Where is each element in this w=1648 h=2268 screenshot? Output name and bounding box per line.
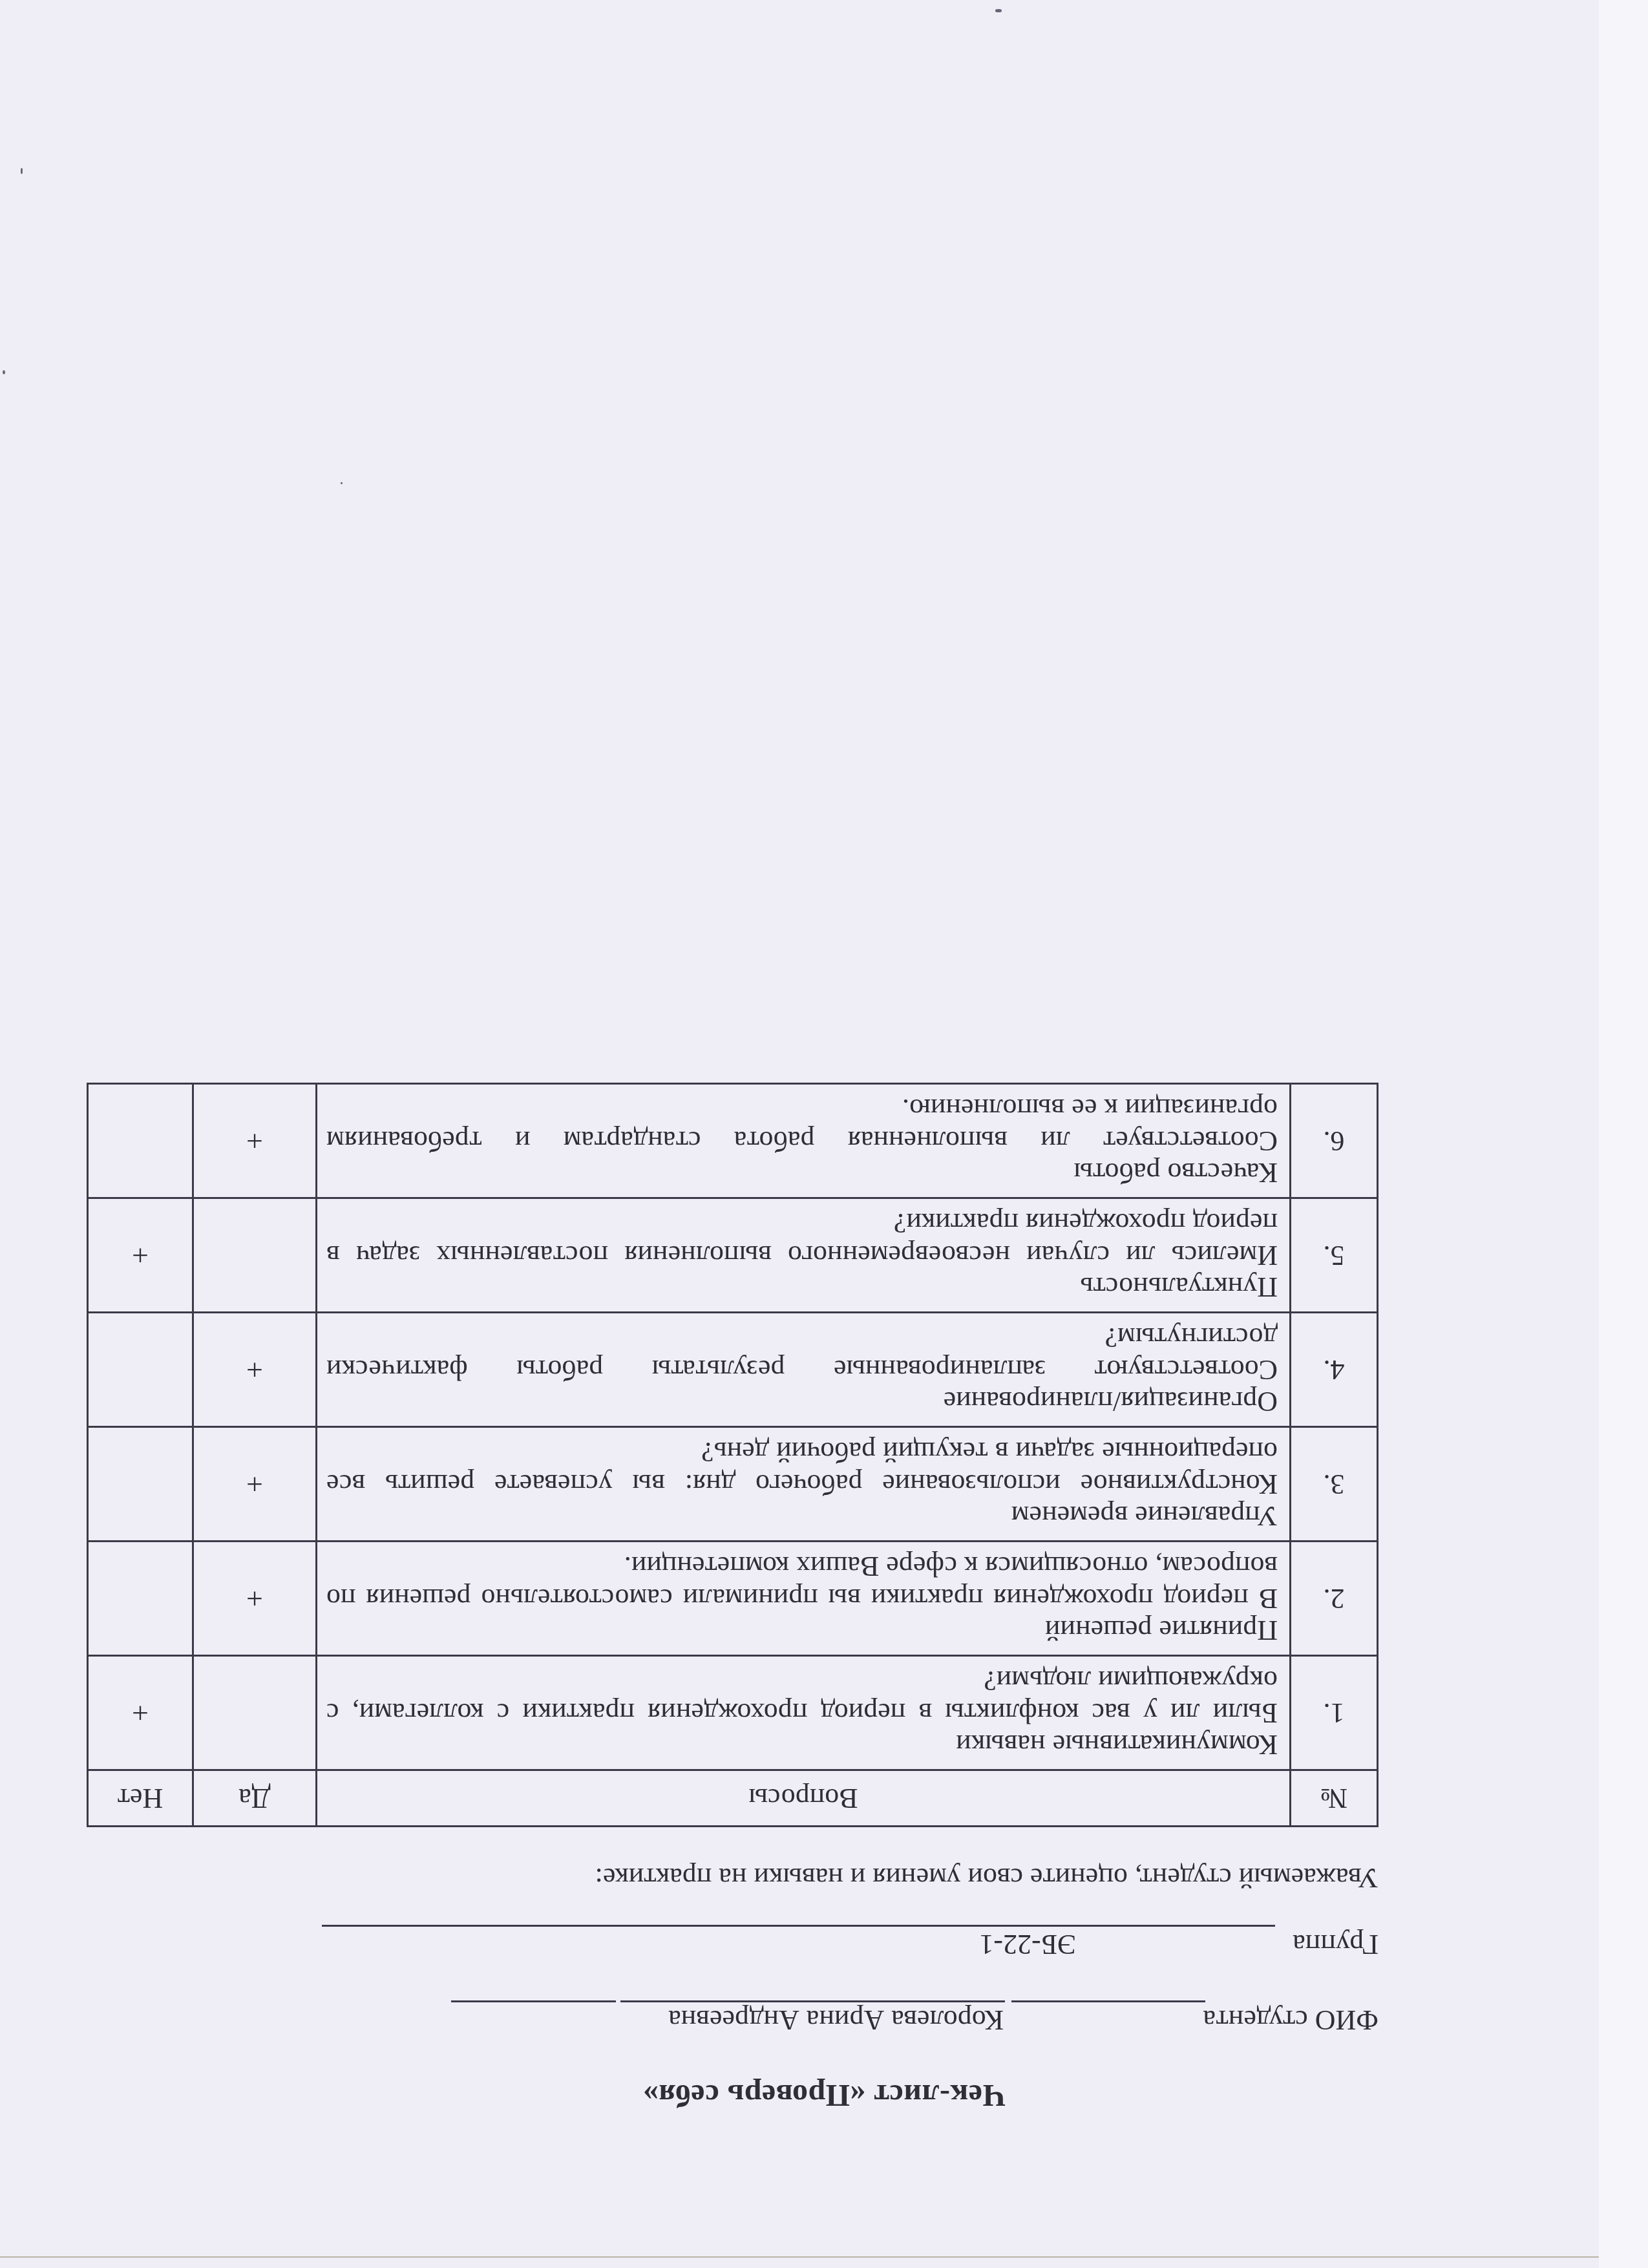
- question-category: Управление временем: [326, 1500, 1278, 1532]
- group-underline: [1117, 1925, 1275, 1927]
- answer-yes-cell[interactable]: +: [193, 1427, 317, 1542]
- answer-yes-cell[interactable]: [193, 1656, 317, 1770]
- header-no: Нет: [88, 1770, 193, 1827]
- question-text: Соответствуют запланированные результаты…: [326, 1322, 1278, 1386]
- question-cell: Управление временем Конструктивное испол…: [317, 1427, 1291, 1542]
- question-category: Принятие решений: [326, 1615, 1278, 1646]
- self-check-table: № Вопросы Да Нет 1. Коммуникативные навы…: [87, 1083, 1379, 1827]
- question-text: Конструктивное использование рабочего дн…: [326, 1436, 1278, 1500]
- answer-yes-cell[interactable]: [193, 1198, 317, 1313]
- row-number: 6.: [1291, 1084, 1378, 1198]
- question-category: Пунктуальность: [326, 1271, 1278, 1303]
- answer-no-cell[interactable]: +: [88, 1198, 193, 1313]
- answer-yes-cell[interactable]: +: [193, 1084, 317, 1198]
- answer-no-cell[interactable]: [88, 1084, 193, 1198]
- row-number: 2.: [1291, 1542, 1378, 1656]
- student-name-underline: [620, 2000, 1005, 2002]
- question-text: Соответствует ли выполненная работа стан…: [326, 1093, 1278, 1157]
- question-cell: Организация/планирование Соответствуют з…: [317, 1313, 1291, 1427]
- answer-no-cell[interactable]: [88, 1427, 193, 1542]
- group-underline: [322, 1925, 1072, 1927]
- header-num: №: [1291, 1770, 1378, 1827]
- question-cell: Качество работы Соответствует ли выполне…: [317, 1084, 1291, 1198]
- question-cell: Коммуникативные навыки Были ли у вас кон…: [317, 1656, 1291, 1770]
- student-name-underline: [1011, 2000, 1205, 2002]
- question-category: Качество работы: [326, 1157, 1278, 1189]
- row-number: 1.: [1291, 1656, 1378, 1770]
- group-value: ЭБ-22-1: [979, 1928, 1076, 1961]
- student-name-label: ФИО студента: [1203, 2004, 1379, 2037]
- answer-yes-cell[interactable]: +: [193, 1313, 317, 1427]
- group-field: Группа ЭБ-22-1: [228, 1922, 1379, 1961]
- row-number: 3.: [1291, 1427, 1378, 1542]
- answer-no-cell[interactable]: [88, 1313, 193, 1427]
- group-underline: [1072, 1925, 1117, 1927]
- table-row: 5. Пунктуальность Имелись ли случаи несв…: [88, 1198, 1378, 1313]
- checklist-document: Чек-лист «Проверь себя» ФИО студента Кор…: [0, 0, 1648, 2268]
- answer-no-cell[interactable]: +: [88, 1656, 193, 1770]
- table-row: 2. Принятие решений В период прохождения…: [88, 1542, 1378, 1656]
- table-row: 3. Управление временем Конструктивное ис…: [88, 1427, 1378, 1542]
- row-number: 5.: [1291, 1198, 1378, 1313]
- question-category: Коммуникативные навыки: [326, 1729, 1278, 1761]
- intro-text: Уважаемый студент, оцените свои умения и…: [595, 1861, 1379, 1894]
- answer-no-cell[interactable]: [88, 1542, 193, 1656]
- question-text: Имелись ли случаи несвоевременного выпол…: [326, 1207, 1278, 1271]
- document-title: Чек-лист «Проверь себя»: [0, 2077, 1648, 2113]
- question-text: Были ли у вас конфликты в период прохожд…: [326, 1665, 1278, 1729]
- table-row: 1. Коммуникативные навыки Были ли у вас …: [88, 1656, 1378, 1770]
- table-row: 6. Качество работы Соответствует ли выпо…: [88, 1084, 1378, 1198]
- student-name-field: ФИО студента Королева Арина Андреевна: [228, 1998, 1379, 2037]
- answer-yes-cell[interactable]: +: [193, 1542, 317, 1656]
- table-row: 4. Организация/планирование Соответствую…: [88, 1313, 1378, 1427]
- question-text: В период прохождения практики вы принима…: [326, 1551, 1278, 1615]
- header-yes: Да: [193, 1770, 317, 1827]
- question-cell: Принятие решений В период прохождения пр…: [317, 1542, 1291, 1656]
- header-question: Вопросы: [317, 1770, 1291, 1827]
- question-category: Организация/планирование: [326, 1386, 1278, 1417]
- student-name-underline: [451, 2000, 616, 2002]
- question-cell: Пунктуальность Имелись ли случаи несвоев…: [317, 1198, 1291, 1313]
- student-name-value: Королева Арина Андреевна: [668, 2004, 1004, 2037]
- table-body: 1. Коммуникативные навыки Были ли у вас …: [88, 1084, 1378, 1770]
- row-number: 4.: [1291, 1313, 1378, 1427]
- table-header-row: № Вопросы Да Нет: [88, 1770, 1378, 1827]
- group-label: Группа: [1293, 1928, 1379, 1961]
- scanned-page: Чек-лист «Проверь себя» ФИО студента Кор…: [0, 0, 1648, 2268]
